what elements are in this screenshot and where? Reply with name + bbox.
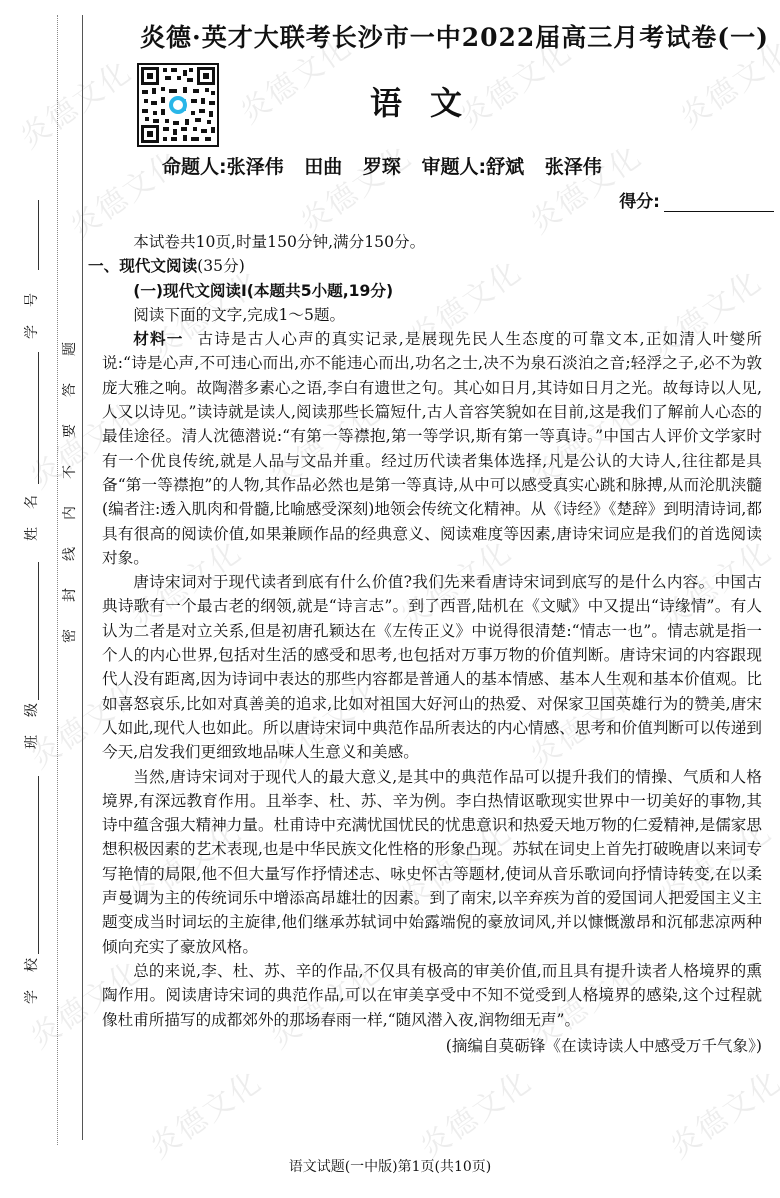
margin-rule bbox=[82, 15, 83, 1140]
watermark: 炎德文化 bbox=[139, 1057, 269, 1166]
student-id-blank[interactable] bbox=[38, 200, 39, 270]
reviewer-name: 张泽伟 bbox=[545, 156, 602, 178]
paragraph: 材料一古诗是古人心声的真实记录,是展现先民人生态度的可靠文本,正如清人叶燮所说:… bbox=[102, 327, 762, 570]
paragraph: 总的来说,李、杜、苏、辛的作品,不仅具有极高的审美价值,而且具有提升读者人格境界… bbox=[102, 959, 762, 1032]
class-label: 级 班 bbox=[22, 700, 42, 752]
seal-notice: 题 答 要 不 内 线 封 密 bbox=[61, 340, 79, 668]
section-points: (35分) bbox=[197, 257, 245, 275]
school-label: 校 学 bbox=[22, 955, 42, 1007]
cut-line bbox=[57, 15, 58, 1145]
name-blank[interactable] bbox=[38, 352, 39, 484]
instruction: 阅读下面的文字,完成1～5题。 bbox=[102, 303, 762, 327]
exam-title: 炎德·英才大联考长沙市一中2022届高三月考试卷(一) bbox=[140, 18, 769, 54]
subject-title: 语文 bbox=[370, 78, 490, 124]
class-blank[interactable] bbox=[38, 562, 39, 700]
binding-margin: 号 学 名 姓 级 班 校 学 题 答 要 不 内 线 封 密 bbox=[0, 0, 90, 1198]
subsection-heading: (一)现代文阅读Ⅰ(本题共5小题,19分) bbox=[102, 279, 762, 303]
material-label: 材料一 bbox=[133, 330, 183, 348]
qr-code-graphic bbox=[139, 65, 217, 145]
score-field: 得分: bbox=[619, 187, 774, 212]
qr-code-icon[interactable] bbox=[137, 63, 219, 147]
student-id-label: 号 学 bbox=[22, 290, 42, 342]
school-blank[interactable] bbox=[38, 776, 39, 954]
score-label: 得分: bbox=[619, 187, 660, 212]
source-citation: (摘编自莫砺锋《在读诗读人中感受万千气象》) bbox=[102, 1034, 762, 1058]
watermark: 炎德文化 bbox=[659, 1057, 780, 1166]
setter-label: 命题人:张泽伟 bbox=[162, 156, 284, 178]
setter-name: 罗琛 bbox=[363, 156, 401, 178]
authors-line: 命题人:张泽伟 田曲 罗琛 审题人:舒斌 张泽伟 bbox=[162, 152, 616, 179]
name-label: 名 姓 bbox=[22, 492, 42, 544]
setter-name: 田曲 bbox=[304, 156, 342, 178]
paragraph: 唐诗宋词对于现代读者到底有什么价值?我们先来看唐诗宋词到底写的是什么内容。中国古… bbox=[102, 570, 762, 764]
exam-header: 炎德·英才大联考长沙市一中2022届高三月考试卷(一) bbox=[90, 0, 780, 225]
page-footer: 语文试题(一中版)第1页(共10页) bbox=[0, 1156, 780, 1176]
watermark: 炎德文化 bbox=[409, 1057, 539, 1166]
reviewer-label: 审题人:舒斌 bbox=[422, 156, 525, 178]
exam-content: 本试卷共10页,时量150分钟,满分150分。 一、现代文阅读(35分) (一)… bbox=[102, 230, 762, 1058]
paragraph: 当然,唐诗宋词对于现代人的最大意义,是其中的典范作品可以提升我们的情操、气质和人… bbox=[102, 765, 762, 959]
score-blank[interactable] bbox=[664, 191, 774, 212]
exam-intro: 本试卷共10页,时量150分钟,满分150分。 bbox=[102, 230, 762, 254]
section-heading: 一、现代文阅读(35分) bbox=[88, 254, 762, 278]
